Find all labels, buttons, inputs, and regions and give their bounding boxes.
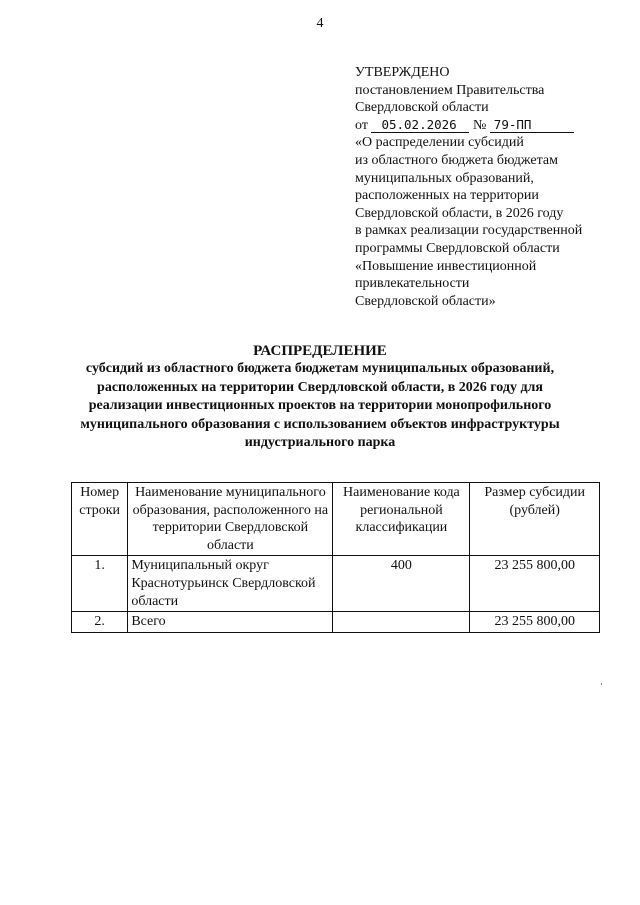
subject-line: в рамках реализации государственной	[355, 222, 615, 240]
distribution-table: Номер строки Наименование муниципального…	[71, 482, 600, 633]
page-number: 4	[0, 16, 640, 32]
region-code: 400	[333, 556, 470, 612]
decree-number: 79-ПП	[490, 117, 574, 133]
document-heading: РАСПРЕДЕЛЕНИЕ субсидий из областного бюд…	[60, 342, 580, 453]
region-code	[333, 612, 470, 633]
subject-line: «Повышение инвестиционной	[355, 258, 615, 276]
subtitle-line: реализации инвестиционных проектов на те…	[60, 397, 580, 416]
header-region-code: Наименование кода региональной классифик…	[333, 483, 470, 556]
subject-line: Свердловской области»	[355, 293, 615, 311]
decree-date: 05.02.2026	[371, 117, 469, 133]
subject-line: привлекательности	[355, 275, 615, 293]
header-municipality: Наименование муниципального образования,…	[128, 483, 333, 556]
subtitle-line: субсидий из областного бюджета бюджетам …	[60, 360, 580, 379]
subject-line: из областного бюджета бюджетам	[355, 152, 615, 170]
document-title: РАСПРЕДЕЛЕНИЕ	[60, 342, 580, 360]
subject-line: муниципальных образований,	[355, 170, 615, 188]
scan-speck	[601, 683, 602, 685]
subject-line: расположенных на территории	[355, 187, 615, 205]
approval-stamp: УТВЕРЖДЕНО постановлением Правительства …	[355, 64, 615, 310]
approval-date-line: от 05.02.2026 № 79-ПП	[355, 117, 615, 135]
table-header-row: Номер строки Наименование муниципального…	[72, 483, 600, 556]
approval-title: УТВЕРЖДЕНО	[355, 64, 615, 82]
number-prefix: №	[473, 118, 486, 133]
subject-line: Свердловской области, в 2026 году	[355, 205, 615, 223]
subject-line: «О распределении субсидий	[355, 134, 615, 152]
subsidy-amount: 23 255 800,00	[470, 612, 600, 633]
approval-line: Свердловской области	[355, 99, 615, 117]
municipality-name: Муниципальный округ Краснотурьинск Сверд…	[128, 556, 333, 612]
subtitle-line: расположенных на территории Свердловской…	[60, 379, 580, 398]
header-row-number: Номер строки	[72, 483, 128, 556]
table-row: 1. Муниципальный округ Краснотурьинск Св…	[72, 556, 600, 612]
row-number: 1.	[72, 556, 128, 612]
subtitle-line: индустриального парка	[60, 434, 580, 453]
subtitle-line: муниципального образования с использован…	[60, 416, 580, 435]
subject-line: программы Свердловской области	[355, 240, 615, 258]
municipality-name: Всего	[128, 612, 333, 633]
table-row-total: 2. Всего 23 255 800,00	[72, 612, 600, 633]
approval-line: постановлением Правительства	[355, 82, 615, 100]
row-number: 2.	[72, 612, 128, 633]
header-subsidy-amount: Размер субсидии (рублей)	[470, 483, 600, 556]
subsidy-amount: 23 255 800,00	[470, 556, 600, 612]
date-prefix: от	[355, 118, 368, 133]
